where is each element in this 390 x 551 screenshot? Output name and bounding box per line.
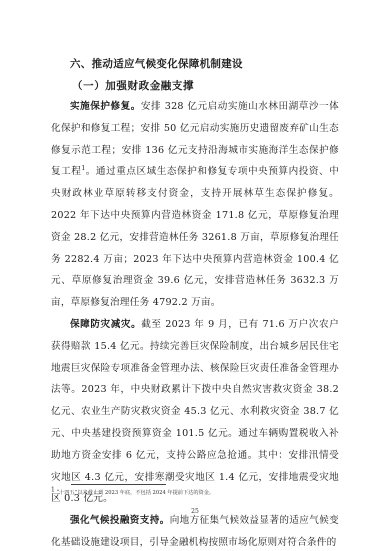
subsection-heading: （一）加强财政金融支撑 [72, 78, 194, 93]
paragraph-disaster-prevention: 保障防灾减灾。截至 2023 年 9 月，已有 71.6 万户次农户获得赔款 1… [51, 314, 339, 510]
paragraph-protection-restoration: 实施保护修复。安排 328 亿元启动实施山水林田湖草沙一体化保护和修复工程；安排… [51, 96, 339, 314]
document-page: 六、推动适应气候变化保障机制建设 （一）加强财政金融支撑 实施保护修复。安排 3… [0, 0, 390, 551]
body-text: 实施保护修复。安排 328 亿元启动实施山水林田湖草沙一体化保护和修复工程；安排… [51, 96, 339, 551]
footnote-divider [71, 484, 166, 485]
paragraph-text-continued: 。通过重点区域生态保护和修复专项中央预算内投资、中央财政林业草原转移支付资金，支… [51, 166, 339, 308]
footnote-text: “十四五”以来截止到 2023 年底，不包括 2024 年提前下达的资金。 [56, 490, 214, 496]
footnote-number: 1 [51, 486, 55, 493]
paragraph-climate-finance: 强化气候投融资支持。向地方征集气候效益显著的适应气候变化基础设施建设项目，引导金… [51, 510, 339, 551]
section-heading: 六、推动适应气候变化保障机制建设 [70, 56, 243, 71]
page-number: 25 [0, 508, 390, 515]
paragraph-lead: 强化气候投融资支持。 [70, 515, 170, 526]
paragraph-lead: 实施保护修复。 [70, 101, 141, 112]
paragraph-lead: 保障防灾减灾。 [70, 319, 141, 330]
footnote: 1 “十四五”以来截止到 2023 年底，不包括 2024 年提前下达的资金。 [51, 489, 214, 496]
paragraph-text: 截至 2023 年 9 月，已有 71.6 万户次农户获得赔款 15.4 亿元。… [51, 319, 339, 504]
